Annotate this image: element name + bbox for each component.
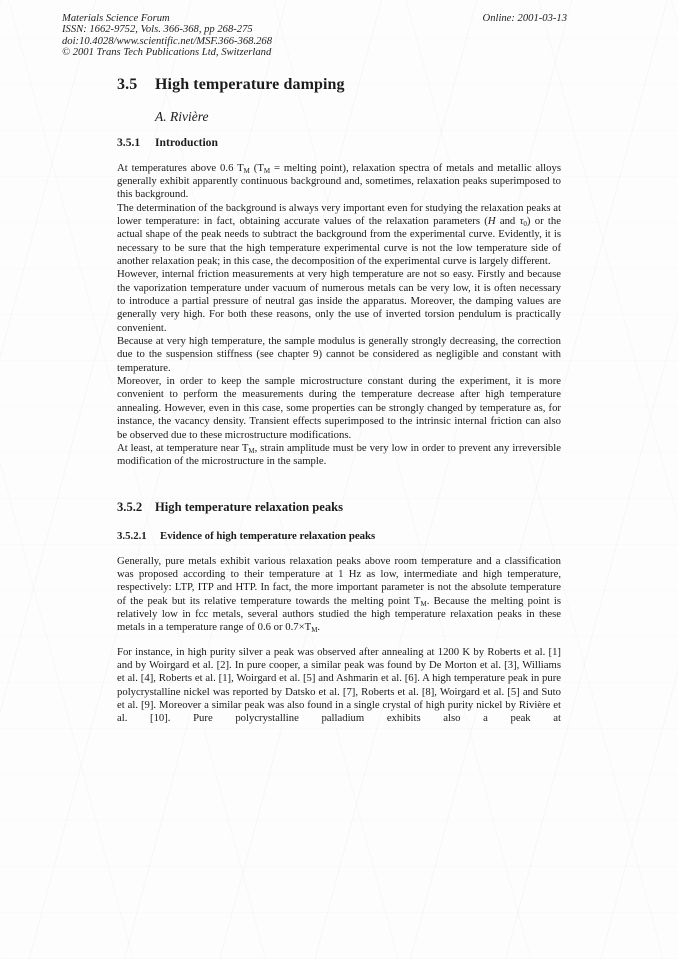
copyright-line: © 2001 Trans Tech Publications Ltd, Swit… <box>62 47 565 58</box>
paragraph: At least, at temperature near TM, strain… <box>117 442 561 469</box>
subsection-title-text: Evidence of high temperature relaxation … <box>160 530 375 542</box>
introduction-body: At temperatures above 0.6 TM (TM = melti… <box>117 162 561 469</box>
subsection-number: 3.5.2.1 <box>117 530 160 542</box>
scanned-paper-page: Materials Science Forum ISSN: 1662-9752,… <box>0 0 678 959</box>
chapter-number: 3.5 <box>117 76 155 94</box>
evidence-body: Generally, pure metals exhibit various r… <box>117 555 561 726</box>
paragraph: However, internal friction measurements … <box>117 268 561 335</box>
paragraph: At temperatures above 0.6 TM (TM = melti… <box>117 162 561 202</box>
section-title-text: Introduction <box>155 136 218 149</box>
publication-header: Materials Science Forum ISSN: 1662-9752,… <box>62 13 565 59</box>
paragraph: Moreover, in order to keep the sample mi… <box>117 375 561 442</box>
paragraph: For instance, in high purity silver a pe… <box>117 646 561 726</box>
page-content: 3.5High temperature damping A. Rivière 3… <box>117 76 561 726</box>
paragraph: Generally, pure metals exhibit various r… <box>117 555 561 635</box>
online-date: Online: 2001-03-13 <box>483 13 567 24</box>
section-title-text: High temperature relaxation peaks <box>155 500 343 514</box>
author-name: A. Rivière <box>155 109 561 125</box>
subsection-heading-evidence: 3.5.2.1Evidence of high temperature rela… <box>117 530 561 542</box>
section-number: 3.5.2 <box>117 500 155 515</box>
paragraph: Because at very high temperature, the sa… <box>117 335 561 375</box>
section-heading-introduction: 3.5.1Introduction <box>117 136 561 149</box>
chapter-title-text: High temperature damping <box>155 76 345 93</box>
doi-line: doi:10.4028/www.scientific.net/MSF.366-3… <box>62 36 565 47</box>
section-heading-relaxation-peaks: 3.5.2High temperature relaxation peaks <box>117 500 561 515</box>
chapter-title: 3.5High temperature damping <box>117 76 561 94</box>
issn-line: ISSN: 1662-9752, Vols. 366-368, pp 268-2… <box>62 24 565 35</box>
section-number: 3.5.1 <box>117 136 155 149</box>
paragraph: The determination of the background is a… <box>117 202 561 269</box>
